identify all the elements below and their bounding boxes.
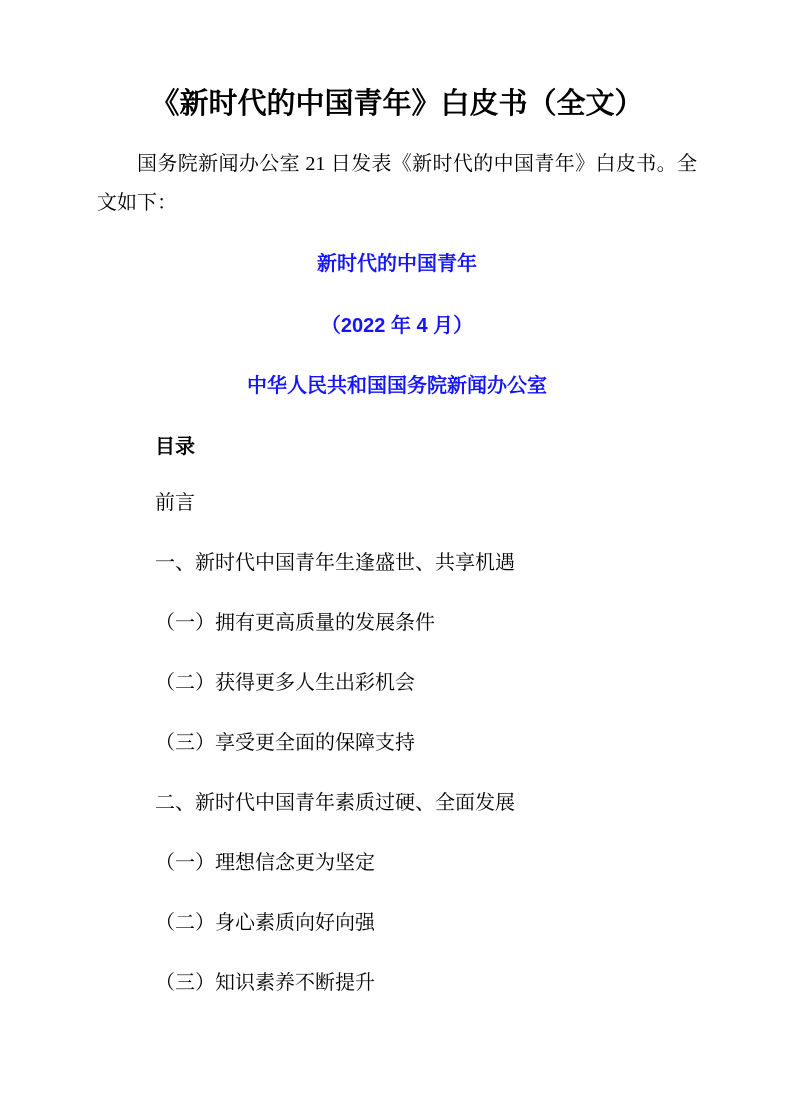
toc-item-section-1: 一、新时代中国青年生逢盛世、共享机遇 — [155, 544, 715, 582]
toc-title: 目录 — [155, 428, 195, 466]
toc-item-section-1-2: （二）获得更多人生出彩机会 — [155, 664, 715, 702]
toc-item-section-2-2: （二）身心素质向好向强 — [155, 904, 715, 942]
document-page: 《新时代的中国青年》白皮书（全文） 国务院新闻办公室 21 日发表《新时代的中国… — [0, 0, 794, 1108]
whitepaper-heading: 新时代的中国青年 — [0, 245, 794, 283]
toc-item-section-2: 二、新时代中国青年素质过硬、全面发展 — [155, 784, 715, 822]
toc-item-section-2-1: （一）理想信念更为坚定 — [155, 844, 715, 882]
toc-item-section-1-1: （一）拥有更高质量的发展条件 — [155, 604, 715, 642]
whitepaper-date-heading: （2022 年 4 月） — [0, 307, 794, 345]
toc-list: 前言 一、新时代中国青年生逢盛世、共享机遇 （一）拥有更高质量的发展条件 （二）… — [155, 484, 715, 1002]
intro-paragraph: 国务院新闻办公室 21 日发表《新时代的中国青年》白皮书。全文如下： — [97, 145, 697, 223]
whitepaper-publisher-heading: 中华人民共和国国务院新闻办公室 — [0, 367, 794, 405]
document-title: 《新时代的中国青年》白皮书（全文） — [0, 84, 794, 124]
toc-item-preface: 前言 — [155, 484, 715, 522]
toc-item-section-1-3: （三）享受更全面的保障支持 — [155, 724, 715, 762]
toc-item-section-2-3: （三）知识素养不断提升 — [155, 964, 715, 1002]
